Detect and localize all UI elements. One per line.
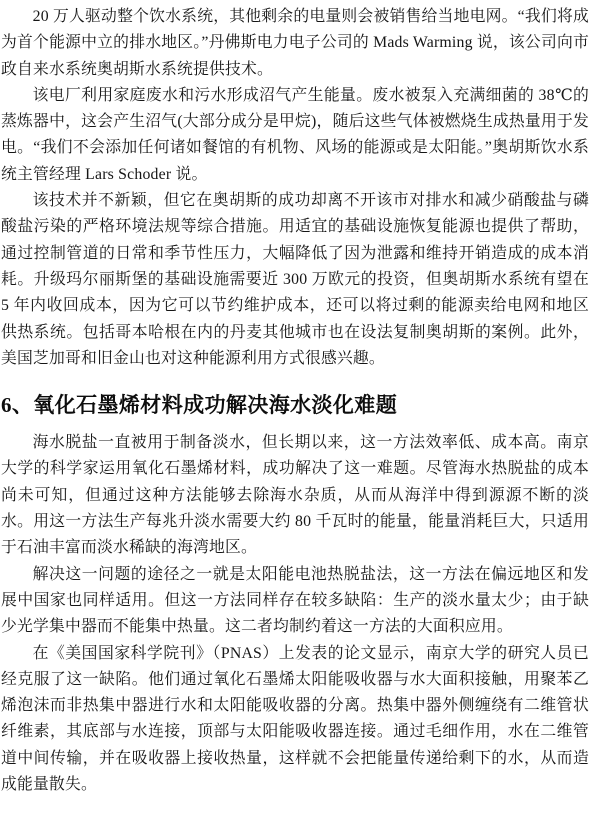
paragraph-solar-thermal-limitations: 解决这一问题的途径之一就是太阳能电池热脱盐法，这一方法在偏远地区和发展中国家也同…	[1, 562, 589, 641]
paragraph-desalination-background: 海水脱盐一直被用于制备淡水，但长期以来，这一方法效率低、成本高。南京大学的科学家…	[1, 430, 589, 561]
document-page: 20 万人驱动整个饮水系统，其他剩余的电量则会被销售给当地电网。“我们将成为首个…	[0, 0, 590, 832]
section-heading-graphene-desalination: 6、氧化石墨烯材料成功解决海水淡化难题	[1, 390, 589, 421]
paragraph-pnas-graphene-absorber: 在《美国国家科学院刊》（PNAS）上发表的论文显示，南京大学的研究人员已经克服了…	[1, 641, 589, 799]
paragraph-biogas-process: 该电厂利用家庭废水和污水形成沼气产生能量。废水被泵入充满细菌的 38℃的蒸炼器中…	[1, 83, 589, 188]
paragraph-aarhus-success-factors: 该技术并不新颖，但它在奥胡斯的成功却离不开该市对排水和减少硝酸盐与磷酸盐污染的严…	[1, 188, 589, 372]
paragraph-aarhus-grid-sales: 20 万人驱动整个饮水系统，其他剩余的电量则会被销售给当地电网。“我们将成为首个…	[1, 4, 589, 83]
